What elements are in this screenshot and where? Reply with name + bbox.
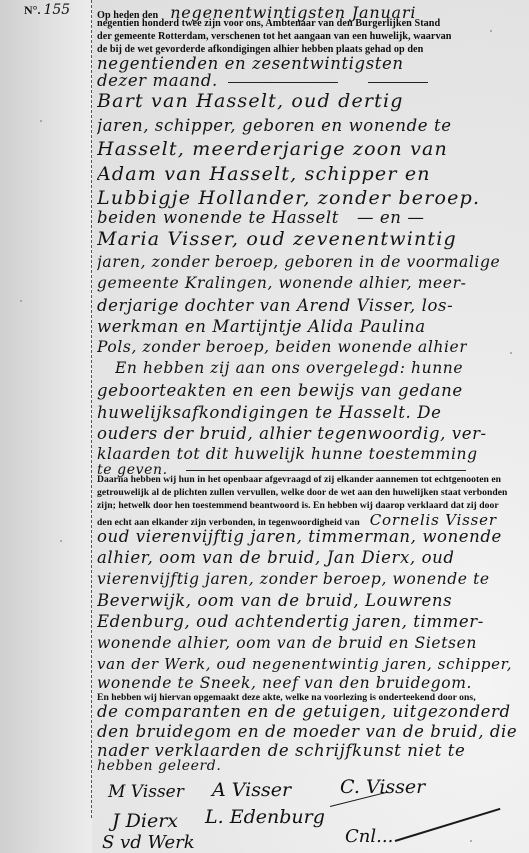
documents-line-1: En hebben zij aan ons overgelegd: hunne bbox=[115, 359, 463, 377]
witness-line-5: Edenburg, oud achtendertig jaren, timmer… bbox=[97, 612, 484, 631]
signature-flourish bbox=[395, 808, 501, 842]
record-number-label: N°. bbox=[24, 3, 40, 17]
bride-line-6: Pols, zonder beroep, beiden wonende alhi… bbox=[97, 338, 467, 356]
paper-speck bbox=[470, 840, 472, 842]
handwritten-text: beiden wonende te Hasselt bbox=[97, 208, 339, 227]
fill-line bbox=[368, 82, 428, 83]
signature-l-edenburg: L. Edenburg bbox=[205, 806, 325, 828]
witness-line-4: Beverwijk, oom van de bruid, Louwrens bbox=[97, 591, 452, 610]
opening-line-2: negentien honderd twee zijn voor ons, Am… bbox=[97, 18, 440, 29]
groom-line-6: beiden wonende te Hasselt — en — bbox=[97, 208, 424, 228]
left-margin bbox=[0, 0, 92, 853]
bride-line-3: gemeente Kralingen, wonende alhier, meer… bbox=[97, 274, 466, 292]
closing-line-3: den bruidegom en de moeder van de bruid,… bbox=[97, 722, 517, 741]
documents-line-3: huwelijksafkondigingen te Hasselt. De bbox=[97, 403, 441, 422]
paper-speck bbox=[60, 540, 62, 542]
paper-speck bbox=[510, 352, 512, 354]
witness-line-8: wonende te Sneek, neef van den bruidegom… bbox=[97, 674, 472, 692]
consent-line-1: Daarna hebben wij hun in het openbaar af… bbox=[97, 474, 501, 485]
paper-speck bbox=[490, 30, 492, 32]
paper-speck bbox=[20, 300, 22, 302]
bride-line-4: derjarige dochter van Arend Visser, los- bbox=[97, 296, 453, 315]
separator-and: — en — bbox=[357, 208, 424, 227]
signature-j-dierx: J Dierx bbox=[112, 810, 178, 832]
documents-line-2: geboorteakten en een bewijs van gedane bbox=[97, 381, 463, 400]
groom-line-3: Hasselt, meerderjarige zoon van bbox=[97, 138, 448, 160]
document-page: N°. 155 Op heden den negenentwintigsten … bbox=[0, 0, 529, 853]
groom-line-2: jaren, schipper, geboren en wonende te bbox=[97, 116, 452, 135]
fill-line bbox=[186, 470, 466, 471]
consent-line-2: getrouwelijk al de plichten zullen vervu… bbox=[97, 487, 507, 498]
opening-line-3: der gemeente Rotterdam, verschenen tot h… bbox=[97, 31, 451, 42]
bride-line-5: werkman en Martijntje Alida Paulina bbox=[97, 317, 426, 336]
record-number-value: 155 bbox=[43, 2, 70, 18]
witness-line-1: oud vierenvijftig jaren, timmerman, wone… bbox=[97, 527, 502, 546]
groom-line-5: Lubbigje Hollander, zonder beroep. bbox=[97, 187, 480, 209]
consent-line-3: zijn; hetwelk door hen toestemmend beant… bbox=[97, 500, 499, 511]
witness-line-6: wonende alhier, oom van de bruid en Siet… bbox=[97, 634, 477, 652]
closing-line-2: de comparanten en de getuigen, uitgezond… bbox=[97, 702, 511, 721]
margin-rule bbox=[91, 0, 92, 818]
signature-m-visser: M Visser bbox=[108, 782, 184, 802]
documents-line-4: ouders der bruid, alhier tegenwoordig, v… bbox=[97, 424, 487, 443]
witness-line-2: alhier, oom van de bruid, Jan Dierx, oud bbox=[97, 548, 455, 567]
paper-speck bbox=[40, 120, 42, 122]
groom-line-4: Adam van Hasselt, schipper en bbox=[97, 163, 431, 185]
record-number: N°. 155 bbox=[24, 2, 70, 18]
witness-line-3: vierenvijftig jaren, zonder beroep, wone… bbox=[97, 570, 490, 588]
bride-line-1: Maria Visser, oud zevenentwintig bbox=[97, 228, 457, 250]
handwritten-text: dezer maand. bbox=[97, 71, 218, 90]
signature-c-visser: C. Visser bbox=[340, 776, 425, 798]
signature-s-vd-werk: S vd Werk bbox=[102, 832, 195, 853]
groom-line-1: Bart van Hasselt, oud dertig bbox=[97, 90, 404, 112]
closing-line-5: hebben geleerd. bbox=[97, 758, 221, 774]
opening-line-6: dezer maand. bbox=[97, 71, 525, 91]
witness-line-7: van der Werk, oud negenentwintig jaren, … bbox=[97, 655, 512, 673]
bride-line-2: jaren, zonder beroep, geboren in de voor… bbox=[97, 253, 500, 271]
signature-official: Cnl... bbox=[345, 826, 393, 847]
signature-a-visser: A Visser bbox=[212, 779, 291, 801]
fill-line bbox=[228, 82, 338, 83]
